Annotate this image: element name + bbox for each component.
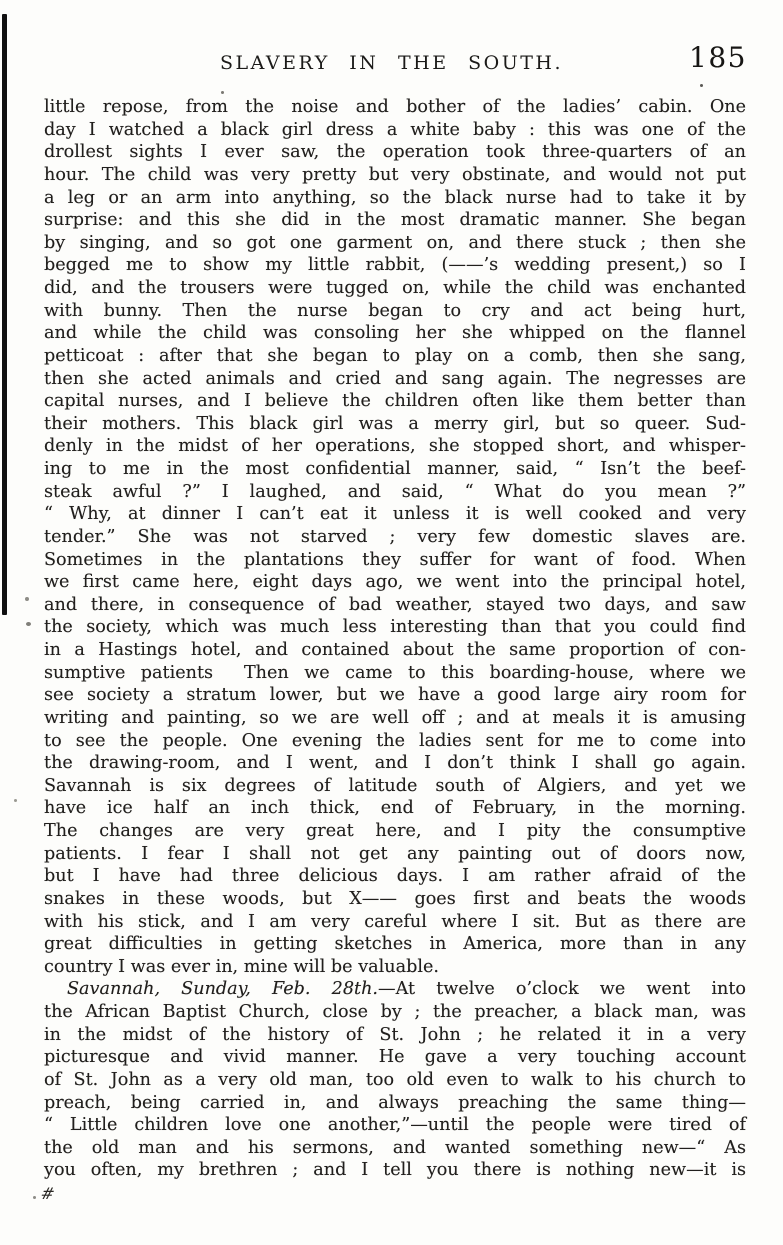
text-line: “ Why, at dinner I can’t eat it unless i… <box>44 503 746 526</box>
text-line: in the midst of the history of St. John … <box>44 1024 746 1047</box>
text-line: the African Baptist Church, close by ; t… <box>44 1001 746 1024</box>
text-line: begged me to show my little rabbit, (——’… <box>44 254 746 277</box>
journal-date-italic: Savannah, Sunday, Feb. 28th. <box>67 979 378 999</box>
text-line: a leg or an arm into anything, so the bl… <box>44 187 746 210</box>
text-line: capital nurses, and I believe the childr… <box>44 390 746 413</box>
text-line: of St. John as a very old man, too old e… <box>44 1069 746 1092</box>
text-line: day I watched a black girl dress a white… <box>44 119 746 142</box>
text-line: Savannah, Sunday, Feb. 28th.—At twelve o… <box>44 978 746 1001</box>
text-line: ing to me in the most confidential manne… <box>44 458 746 481</box>
text-line: to see the people. One evening the ladie… <box>44 730 746 753</box>
text-line: hour. The child was very pretty but very… <box>44 164 746 187</box>
text-line: tender.” She was not starved ; very few … <box>44 526 746 549</box>
text-line: Savannah is six degrees of latitude sout… <box>44 775 746 798</box>
text-line: petticoat : after that she began to play… <box>44 345 746 368</box>
text-segment: —At twelve o’clock we went into <box>378 979 746 999</box>
text-line: denly in the midst of her operations, sh… <box>44 435 746 458</box>
text-line: steak awful ?” I laughed, and said, “ Wh… <box>44 481 746 504</box>
signature-mark: # <box>39 1184 57 1203</box>
text-line: with bunny. Then the nurse began to cry … <box>44 300 746 323</box>
text-line: preach, being carried in, and always pre… <box>44 1092 746 1115</box>
text-line: with his stick, and I am very careful wh… <box>44 911 746 934</box>
text-line: then she acted animals and cried and san… <box>44 368 746 391</box>
text-line: snakes in these woods, but X—— goes firs… <box>44 888 746 911</box>
text-line: sumptive patients Then we came to this b… <box>44 662 746 685</box>
page-edge-shadow <box>2 14 7 615</box>
text-line: but I have had three delicious days. I a… <box>44 865 746 888</box>
text-line: The changes are very great here, and I p… <box>44 820 746 843</box>
text-line: drollest sights I ever saw, the operatio… <box>44 141 746 164</box>
text-line: the society, which was much less interes… <box>44 616 746 639</box>
page-number: 185 <box>689 41 747 74</box>
text-line: you often, my brethren ; and I tell you … <box>44 1159 746 1182</box>
text-line: the old man and his sermons, and wanted … <box>44 1137 746 1160</box>
running-title: SLAVERY IN THE SOUTH. <box>0 52 783 74</box>
text-line: picturesque and vivid manner. He gave a … <box>44 1046 746 1069</box>
ink-speck <box>26 622 31 626</box>
text-line: great difficulties in getting sketches i… <box>44 933 746 956</box>
text-line: and there, in consequence of bad weather… <box>44 594 746 617</box>
text-line: and while the child was consoling her sh… <box>44 322 746 345</box>
text-line: their mothers. This black girl was a mer… <box>44 413 746 436</box>
body-text: little repose, from the noise and bother… <box>44 96 746 1182</box>
text-line: country I was ever in, mine will be valu… <box>44 956 746 979</box>
text-line: in a Hastings hotel, and contained about… <box>44 639 746 662</box>
text-line: see society a stratum lower, but we have… <box>44 684 746 707</box>
book-page: SLAVERY IN THE SOUTH. 185 little repose,… <box>0 0 783 1245</box>
ink-speck <box>221 91 224 94</box>
text-line: Sometimes in the plantations they suffer… <box>44 549 746 572</box>
text-line: have ice half an inch thick, end of Febr… <box>44 797 746 820</box>
text-line: little repose, from the noise and bother… <box>44 96 746 119</box>
text-line: “ Little children love one another,”—unt… <box>44 1114 746 1137</box>
text-line: by singing, and so got one garment on, a… <box>44 232 746 255</box>
ink-speck <box>700 84 703 87</box>
ink-speck <box>14 799 17 802</box>
text-line: surprise: and this she did in the most d… <box>44 209 746 232</box>
text-line: the drawing-room, and I went, and I don’… <box>44 752 746 775</box>
text-line: we first came here, eight days ago, we w… <box>44 571 746 594</box>
text-line: writing and painting, so we are well off… <box>44 707 746 730</box>
ink-speck <box>25 597 29 601</box>
text-line: did, and the trousers were tugged on, wh… <box>44 277 746 300</box>
text-line: patients. I fear I shall not get any pai… <box>44 843 746 866</box>
ink-speck <box>33 1196 36 1199</box>
